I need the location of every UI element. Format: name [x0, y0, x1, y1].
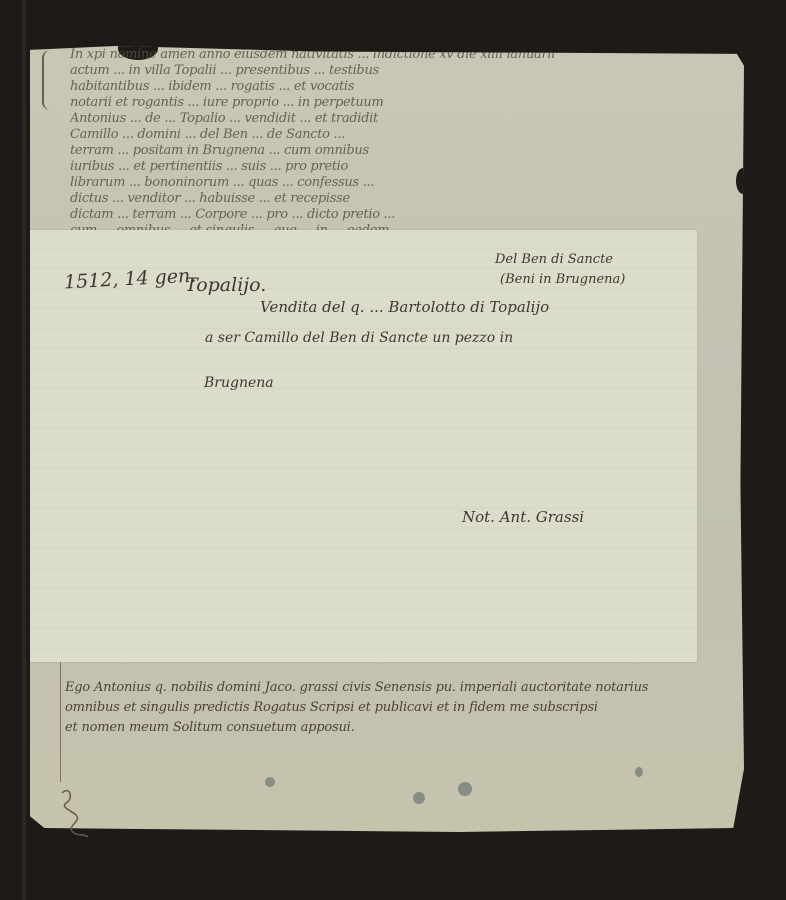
manuscript-line: librarum ... bononinorum ... quas ... co… — [70, 176, 724, 190]
manuscript-line: dictus ... venditor ... habuisse ... et … — [70, 192, 724, 206]
manuscript-line: In xpi nomine amen anno eiusdem nativita… — [70, 48, 724, 62]
manuscript-line: actum ... in villa Topalii ... presentib… — [70, 64, 724, 78]
note-subheader: (Beni in Brugnena) — [500, 272, 625, 287]
manuscript-line: habitantibus ... ibidem ... rogatis ... … — [70, 80, 724, 94]
note-body-line: a ser Camillo del Ben di Sancte un pezzo… — [205, 330, 513, 346]
manuscript-line: terram ... positam in Brugnena ... cum o… — [70, 144, 724, 158]
binder-edge — [22, 0, 26, 900]
show-through-text — [30, 230, 697, 662]
ink-stain — [265, 777, 275, 787]
ink-stain — [413, 792, 425, 804]
note-body-line: Vendita del q. ... Bartolotto di Topalij… — [260, 298, 549, 316]
manuscript-line: Antonius ... de ... Topalio ... vendidit… — [70, 112, 724, 126]
summary-note-slip: 1512, 14 gen. Topalijo. Del Ben di Sanct… — [30, 230, 697, 662]
ink-stain — [458, 782, 472, 796]
note-place: Topalijo. — [185, 274, 266, 296]
notary-signum-mark — [58, 785, 98, 845]
manuscript-line: Camillo ... domini ... del Ben ... de Sa… — [70, 128, 724, 142]
notary-signum-icon — [58, 785, 98, 845]
initial-bracket-mark — [42, 50, 54, 110]
ink-stain — [635, 767, 643, 777]
manuscript-line: dictam ... terram ... Corpore ... pro ..… — [70, 208, 724, 222]
margin-rule — [60, 662, 61, 782]
subscription-line: Ego Antonius q. nobilis domini Jaco. gra… — [65, 680, 648, 695]
subscription-line: omnibus et singulis predictis Rogatus Sc… — [65, 700, 598, 715]
note-signature: Not. Ant. Grassi — [462, 508, 584, 526]
manuscript-line: notarii et rogantis ... iure proprio ...… — [70, 96, 724, 110]
note-body-line: Brugnena — [204, 375, 274, 391]
note-family-header: Del Ben di Sancte — [495, 252, 613, 267]
edge-notch — [736, 168, 750, 194]
manuscript-line: iuribus ... et pertinentiis ... suis ...… — [70, 160, 724, 174]
subscription-line: et nomen meum Solitum consuetum apposui. — [65, 720, 355, 735]
